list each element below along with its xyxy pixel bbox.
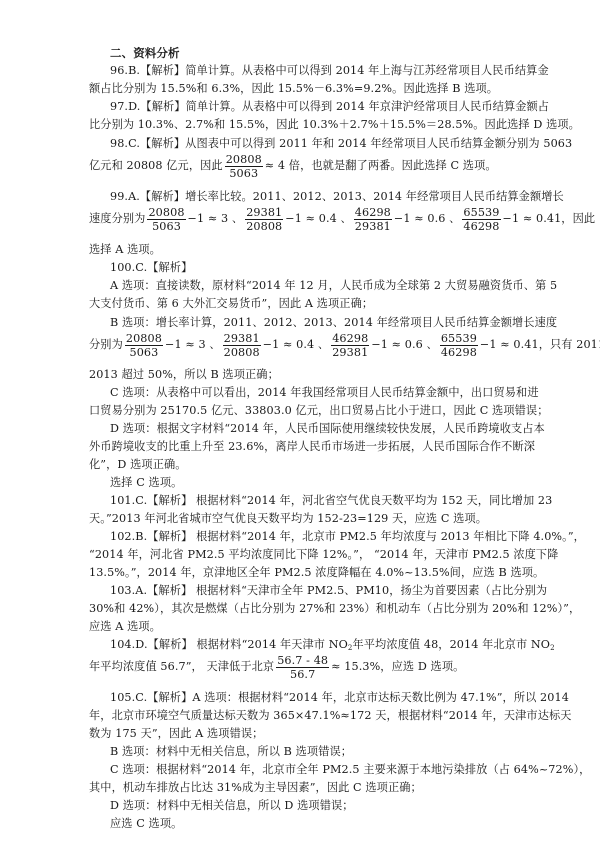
fraction-numerator: 46298 bbox=[331, 332, 369, 346]
q105-c-line-2: 其中，机动车排放占比达 31%成为主导因素”，因此 C 选项正确； bbox=[89, 781, 509, 795]
q100-fraction-2-result: −1 ≈ 0.4 、 bbox=[263, 338, 330, 351]
document-page: 二、资料分析 96.B.【解析】简单计算。从表格中可以得到 2014 年上海与江… bbox=[0, 0, 600, 848]
q98-text-pre: 亿元和 20808 亿元，因此 bbox=[89, 159, 223, 172]
q100-c-line-2: 口贸易分别为 25170.5 亿元、33803.0 亿元，出口贸易占比小于进口，… bbox=[89, 404, 509, 418]
q100-conclusion: 选择 C 选项。 bbox=[110, 476, 510, 490]
fraction-numerator: 29381 bbox=[223, 332, 261, 346]
q96-line-1: 96.B.【解析】简单计算。从表格中可以得到 2014 年上海与江苏经常项目人民… bbox=[110, 64, 510, 78]
q100-fraction-4: 6553946298 bbox=[440, 332, 478, 359]
q100-fraction-4-result: −1 ≈ 0.41，只有 2011、 bbox=[480, 338, 600, 351]
q100-fraction-1: 208085063 bbox=[125, 332, 163, 359]
fraction-denominator: 5063 bbox=[147, 220, 185, 233]
q100-b-text-pre: 分别为 bbox=[89, 338, 123, 351]
q98-fraction: 208085063 bbox=[225, 153, 263, 180]
q105-line-3: 数为 175 天”，因此 A 选项错误； bbox=[89, 727, 509, 741]
q99-text-pre: 速度分别为 bbox=[89, 212, 145, 225]
fraction-numerator: 56.7 - 48 bbox=[276, 654, 329, 668]
q100-c-line-1: C 选项：从表格中可以看出，2014 年我国经常项目人民币结算金额中，出口贸易和… bbox=[110, 386, 510, 400]
q105-conclusion: 应选 C 选项。 bbox=[110, 817, 510, 831]
q100-fraction-2: 2938120808 bbox=[223, 332, 261, 359]
q103-line-3: 应选 A 选项。 bbox=[89, 620, 509, 634]
q105-c-line-1: C 选项：根据材料“2014 年，北京市全年 PM2.5 主要来源于本地污染排放… bbox=[110, 763, 510, 777]
fraction-denominator: 20808 bbox=[245, 220, 283, 233]
q103-line-1: 103.A.【解析】 根据材料“天津市全年 PM2.5、PM10，扬尘为首要因素… bbox=[110, 584, 510, 598]
q100-heading: 100.C.【解析】 bbox=[110, 261, 510, 275]
q100-fraction-3-result: −1 ≈ 0.6 、 bbox=[371, 338, 438, 351]
fraction-numerator: 46298 bbox=[354, 206, 392, 220]
fraction-denominator: 56.7 bbox=[276, 668, 329, 681]
q100-fraction-3: 4629829381 bbox=[331, 332, 369, 359]
q100-d-line-3: 化”，D 选项正确。 bbox=[89, 458, 509, 472]
q99-fraction-4-result: −1 ≈ 0.41，因此 bbox=[503, 212, 596, 225]
q104-text-post: ≈ 15.3%，应选 D 选项。 bbox=[331, 660, 464, 673]
q104-line-2: 年平均浓度值 56.7”， 天津低于北京56.7 - 4856.7≈ 15.3%… bbox=[89, 650, 509, 684]
fraction-denominator: 20808 bbox=[223, 346, 261, 359]
q96-line-2: 额占比分别为 15.5%和 6.3%，因此 15.5%－6.3%=9.2%。因此… bbox=[89, 82, 509, 96]
q99-fraction-1-result: −1 ≈ 3 、 bbox=[188, 212, 244, 225]
q100-a-line-1: A 选项：直接读数，原材料“2014 年 12 月，人民币成为全球第 2 大贸易… bbox=[110, 279, 510, 293]
fraction-numerator: 20808 bbox=[225, 153, 263, 167]
q97-line-2: 比分别为 10.3%、2.7%和 15.5%，因此 10.3%＋2.7%＋15.… bbox=[89, 118, 509, 132]
fraction-denominator: 46298 bbox=[440, 346, 478, 359]
fraction-numerator: 65539 bbox=[440, 332, 478, 346]
fraction-denominator: 5063 bbox=[125, 346, 163, 359]
q105-b: B 选项：材料中无相关信息，所以 B 选项错误； bbox=[110, 745, 510, 759]
q100-d-line-2: 外币跨境收支的比重上升至 23.6%，离岸人民币市场进一步拓展，人民币国际合作不… bbox=[89, 440, 509, 454]
q101-line-1: 101.C.【解析】 根据材料“2014 年，河北省空气优良天数平均为 152 … bbox=[110, 494, 510, 508]
q100-d-line-1: D 选项：根据文字材料“2014 年，人民币国际使用继续较快发展，人民币跨境收支… bbox=[110, 422, 510, 436]
q100-b-line-3: 2013 超过 50%，所以 B 选项正确； bbox=[89, 368, 509, 382]
fraction-numerator: 20808 bbox=[147, 206, 185, 220]
q99-fraction-3: 4629829381 bbox=[354, 206, 392, 233]
q99-fraction-2: 2938120808 bbox=[245, 206, 283, 233]
q104-text-pre: 年平均浓度值 56.7”， 天津低于北京 bbox=[89, 660, 274, 673]
q97-line-1: 97.D.【解析】简单计算。从表格中可以得到 2014 年京津沪经常项目人民币结… bbox=[110, 100, 510, 114]
q100-fraction-1-result: −1 ≈ 3 、 bbox=[165, 338, 221, 351]
subscript: 2 bbox=[550, 644, 555, 652]
fraction-denominator: 29381 bbox=[331, 346, 369, 359]
q99-line-2: 速度分别为208085063−1 ≈ 3 、2938120808−1 ≈ 0.4… bbox=[89, 202, 509, 236]
fraction-numerator: 65539 bbox=[462, 206, 500, 220]
q99-fraction-4: 6553946298 bbox=[462, 206, 500, 233]
q105-d: D 选项：材料中无相关信息，所以 D 选项错误； bbox=[110, 799, 510, 813]
fraction-numerator: 29381 bbox=[245, 206, 283, 220]
q99-fraction-1: 208085063 bbox=[147, 206, 185, 233]
q105-line-1: 105.C.【解析】A 选项：根据材料“2014 年，北京市达标天数比例为 47… bbox=[110, 691, 510, 705]
q98-line-2: 亿元和 20808 亿元，因此208085063≈ 4 倍，也就是翻了两番。因此… bbox=[89, 149, 509, 183]
fraction-denominator: 46298 bbox=[462, 220, 500, 233]
q101-line-2: 天。”2013 年河北省城市空气优良天数平均为 152-23=129 天，应选 … bbox=[89, 512, 509, 526]
fraction-numerator: 20808 bbox=[125, 332, 163, 346]
q100-b-line-2: 分别为208085063−1 ≈ 3 、2938120808−1 ≈ 0.4 、… bbox=[89, 328, 509, 362]
q98-text-post: ≈ 4 倍，也就是翻了两番。因此选择 C 选项。 bbox=[265, 159, 497, 172]
q102-line-1: 102.B.【解析】 根据材料“2014 年，北京市 PM2.5 年均浓度与 2… bbox=[110, 530, 510, 544]
fraction-denominator: 29381 bbox=[354, 220, 392, 233]
q105-line-2: 年，北京市环境空气质量达标天数为 365×47.1%≈172 天，根据材料“20… bbox=[89, 709, 509, 723]
section-title: 二、资料分析 bbox=[110, 46, 530, 60]
q104-fraction: 56.7 - 4856.7 bbox=[276, 654, 329, 681]
q102-line-2: “2014 年，河北省 PM2.5 平均浓度同比下降 12%。”， “2014 … bbox=[89, 548, 509, 562]
q100-a-line-2: 大支付货币、第 6 大外汇交易货币”，因此 A 选项正确； bbox=[89, 297, 509, 311]
q103-line-2: 30%和 42%），其次是燃煤（占比分别为 27%和 23%）和机动车（占比分别… bbox=[89, 602, 509, 616]
fraction-denominator: 5063 bbox=[225, 167, 263, 180]
q99-fraction-3-result: −1 ≈ 0.6 、 bbox=[394, 212, 461, 225]
q99-fraction-2-result: −1 ≈ 0.4 、 bbox=[285, 212, 352, 225]
q102-line-3: 13.5%。”，2014 年，京津地区全年 PM2.5 浓度降幅在 4.0%~1… bbox=[89, 566, 509, 580]
q99-line-3: 选择 A 选项。 bbox=[89, 243, 509, 257]
